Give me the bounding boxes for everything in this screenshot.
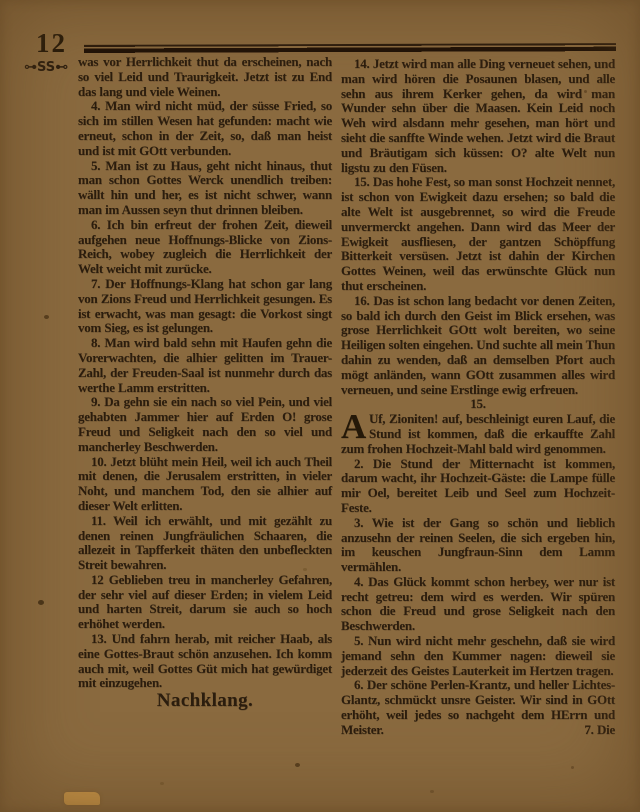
paragraph-9: 9. Da gehn sie ein nach so viel Pein, un…: [78, 395, 332, 454]
paragraph-13: 13. Und fahrn herab, mit reicher Haab, a…: [78, 632, 332, 691]
signature-ornament: ⊶SS⊷: [24, 60, 68, 75]
paragraph-11: 11. Weil ich erwählt, und mit gezählt zu…: [78, 514, 332, 573]
right-column: 14. Jetzt wird man alle Ding verneuet se…: [341, 55, 615, 738]
paper-stain: [571, 766, 574, 769]
catchword: 7. Die: [571, 723, 615, 738]
paragraph-4: 4. Man wird nicht müd, der süsse Fried, …: [78, 99, 332, 158]
stanza-1-text: Uf, Zioniten! auf, beschleinigt euren La…: [341, 411, 615, 456]
hymn-stanza-1: AUf, Zioniten! auf, beschleinigt euren L…: [341, 412, 615, 456]
paragraph-continuation: was vor Herrlichkeit thut da erscheinen,…: [78, 55, 332, 99]
page-number: 12: [36, 28, 67, 59]
paper-patch: [64, 792, 100, 805]
section-heading-nachklang: Nachklang.: [78, 694, 332, 709]
paragraph-16: 16. Das ist schon lang bedacht vor denen…: [341, 294, 615, 398]
paper-stain: [430, 790, 434, 793]
paper-stain: [160, 782, 164, 785]
drop-cap-initial: A: [341, 412, 369, 440]
header-rule: [84, 43, 616, 54]
paragraph-6: 6. Ich bin erfreut der frohen Zeit, diew…: [78, 218, 332, 277]
text-columns: was vor Herrlichkeit thut da erscheinen,…: [78, 55, 615, 738]
paragraph-5: 5. Man ist zu Haus, geht nicht hinaus, t…: [78, 159, 332, 218]
paragraph-12: 12 Geblieben treu in mancherley Gefahren…: [78, 573, 332, 632]
hymn-stanza-3: 3. Wie ist der Gang so schön und lieblic…: [341, 516, 615, 575]
paper-stain: [295, 763, 300, 767]
hymn-stanza-2: 2. Die Stund der Mitternacht ist kommen,…: [341, 457, 615, 516]
paragraph-10: 10. Jetzt blüht mein Heil, weil ich auch…: [78, 455, 332, 514]
paragraph-15: 15. Das hohe Fest, so man sonst Hochzeit…: [341, 175, 615, 293]
paragraph-14: 14. Jetzt wird man alle Ding verneuet se…: [341, 57, 615, 175]
hymn-stanza-5: 5. Nun wird nicht mehr geschehn, daß sie…: [341, 634, 615, 678]
hymn-stanza-4: 4. Das Glück kommt schon herbey, wer nur…: [341, 575, 615, 634]
paper-stain: [44, 315, 49, 319]
left-column: was vor Herrlichkeit thut da erscheinen,…: [78, 55, 332, 738]
hymn-number-heading: 15.: [341, 397, 615, 412]
hymn-stanza-6: 6. Der schöne Perlen-Krantz, und heller …: [341, 678, 615, 737]
paragraph-8: 8. Man wird bald sehn mit Haufen gehn di…: [78, 336, 332, 395]
paragraph-7: 7. Der Hoffnungs-Klang hat schon gar lan…: [78, 277, 332, 336]
book-page-scan: 12 ⊶SS⊷ was vor Herrlichkeit thut da ers…: [0, 0, 640, 812]
paper-stain: [38, 600, 44, 605]
